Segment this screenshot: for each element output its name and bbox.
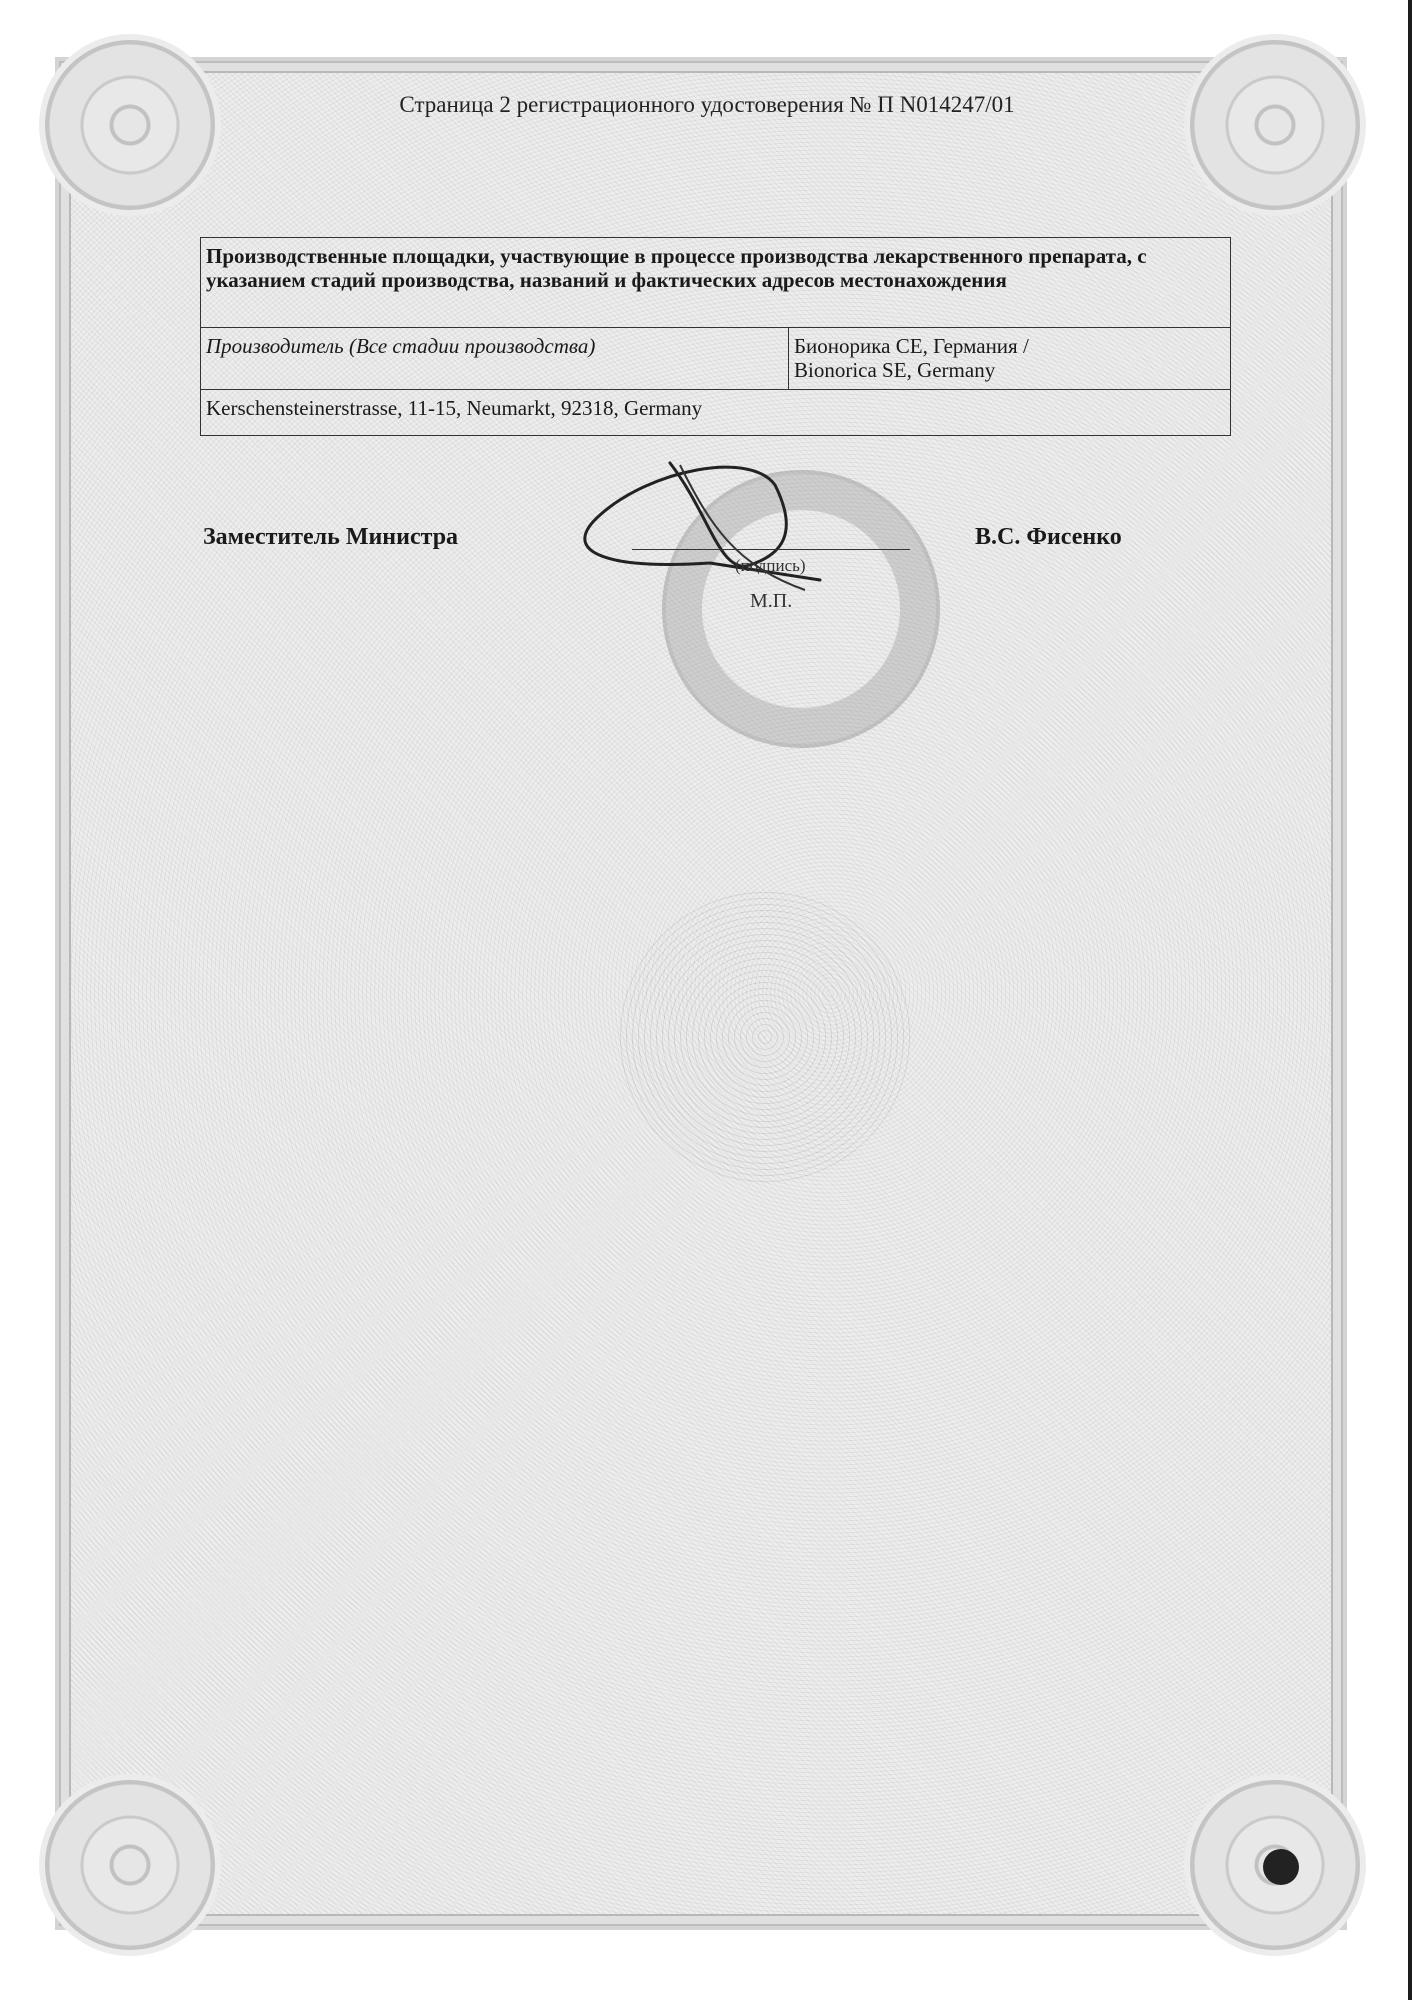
manufacturer-name-en: Bionorica SE, Germany xyxy=(794,358,1225,382)
stamp-place-caption: М.П. xyxy=(750,590,792,613)
table-heading-row: Производственные площадки, участвующие в… xyxy=(201,238,1231,328)
manufacturer-address: Kerschensteinerstrasse, 11-15, Neumarkt,… xyxy=(201,390,1231,436)
manufacturer-label: Производитель (Все стадии производства) xyxy=(201,328,789,390)
guilloche-pattern-icon xyxy=(615,887,915,1187)
manufacturer-name-ru: Бионорика СЕ, Германия / xyxy=(794,334,1225,358)
corner-rosette-icon xyxy=(45,1780,215,1950)
corner-rosette-icon xyxy=(1190,40,1360,210)
manufacturing-sites-table: Производственные площадки, участвующие в… xyxy=(200,237,1231,436)
table-row: Kerschensteinerstrasse, 11-15, Neumarkt,… xyxy=(201,390,1231,436)
corner-rosette-icon xyxy=(45,40,215,210)
hole-punch-icon xyxy=(1263,1849,1299,1885)
table-row: Производитель (Все стадии производства) … xyxy=(201,328,1231,390)
scan-edge-line xyxy=(1408,0,1412,2000)
signature-caption: (подпись) xyxy=(735,556,806,576)
signature-line xyxy=(632,549,910,550)
manufacturer-value: Бионорика СЕ, Германия / Bionorica SE, G… xyxy=(789,328,1231,390)
page-title: Страница 2 регистрационного удостоверени… xyxy=(0,92,1414,118)
signatory-role: Заместитель Министра xyxy=(203,524,458,551)
signatory-name: В.С. Фисенко xyxy=(975,524,1122,551)
table-heading: Производственные площадки, участвующие в… xyxy=(201,238,1231,328)
